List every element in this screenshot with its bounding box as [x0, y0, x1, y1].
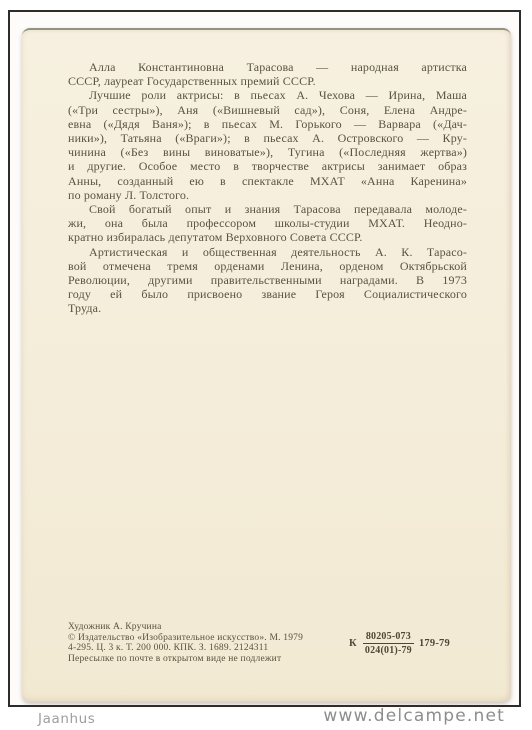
text-line: жи, она была профессором школы-студии МХ… — [68, 216, 467, 230]
scan-frame: Алла Константиновна Тарасова — народная … — [8, 10, 521, 707]
text-line: Лучшие роли актрисы: в пьесах А. Чехова … — [68, 88, 467, 102]
text-line: Алла Константиновна Тарасова — народная … — [68, 60, 467, 74]
imprint-line: © Издательство «Изобразительное искусств… — [68, 633, 303, 644]
text-line: Анны, созданный ею в спектакле МХАТ «Анн… — [68, 174, 467, 188]
text-line: Труда. — [68, 301, 467, 315]
imprint-line: Пересылке по почте в открытом виде не по… — [68, 654, 303, 665]
text-line: году ей было присвоено звание Героя Соци… — [68, 287, 467, 301]
text-line: кратно избиралась депутатом Верховного С… — [68, 230, 467, 244]
text-line: ники»), Татьяна («Враги»); в пьесах А. О… — [68, 131, 467, 145]
watermark-seller-name: Jaanhus — [38, 711, 95, 727]
catalog-prefix: К — [349, 638, 357, 649]
text-line: СССР, лауреат Государственных премий ССС… — [68, 74, 467, 88]
text-line: по роману Л. Толстого. — [68, 188, 467, 202]
imprint-line: 4-295. Ц. 3 к. Т. 200 000. КПК. З. 1689.… — [68, 643, 303, 654]
text-line: вой отмечена тремя орденами Ленина, орде… — [68, 259, 467, 273]
text-line: евна («Дядя Ваня»); в пьесах М. Горького… — [68, 117, 467, 131]
postcard-back: Алла Константиновна Тарасова — народная … — [22, 28, 511, 702]
watermark-site-url: www.delcampe.net — [323, 706, 505, 726]
text-line: и другие. Особое место в творчестве актр… — [68, 159, 467, 173]
catalog-suffix: 179-79 — [419, 638, 450, 649]
text-line: («Три сестры»), Аня («Вишневый сад»), Со… — [68, 103, 467, 117]
imprint-line: Художник А. Кручина — [68, 622, 303, 633]
catalog-fraction: 80205-073 024(01)-79 — [363, 631, 414, 656]
postcard-description-text: Алла Константиновна Тарасова — народная … — [68, 60, 467, 316]
catalog-numerator: 80205-073 — [363, 631, 414, 644]
text-line: чинина («Без вины виноватые»), Тугина («… — [68, 145, 467, 159]
text-line: Артистическая и общественная деятельност… — [68, 245, 467, 259]
catalog-denominator: 024(01)-79 — [363, 644, 414, 656]
catalog-number: К 80205-073 024(01)-79 179-79 — [349, 631, 450, 656]
publisher-imprint: Художник А. Кручина© Издательство «Изобр… — [68, 622, 303, 664]
text-line: Свой богатый опыт и знания Тарасова пере… — [68, 202, 467, 216]
text-line: Революции, другими правительственными на… — [68, 273, 467, 287]
